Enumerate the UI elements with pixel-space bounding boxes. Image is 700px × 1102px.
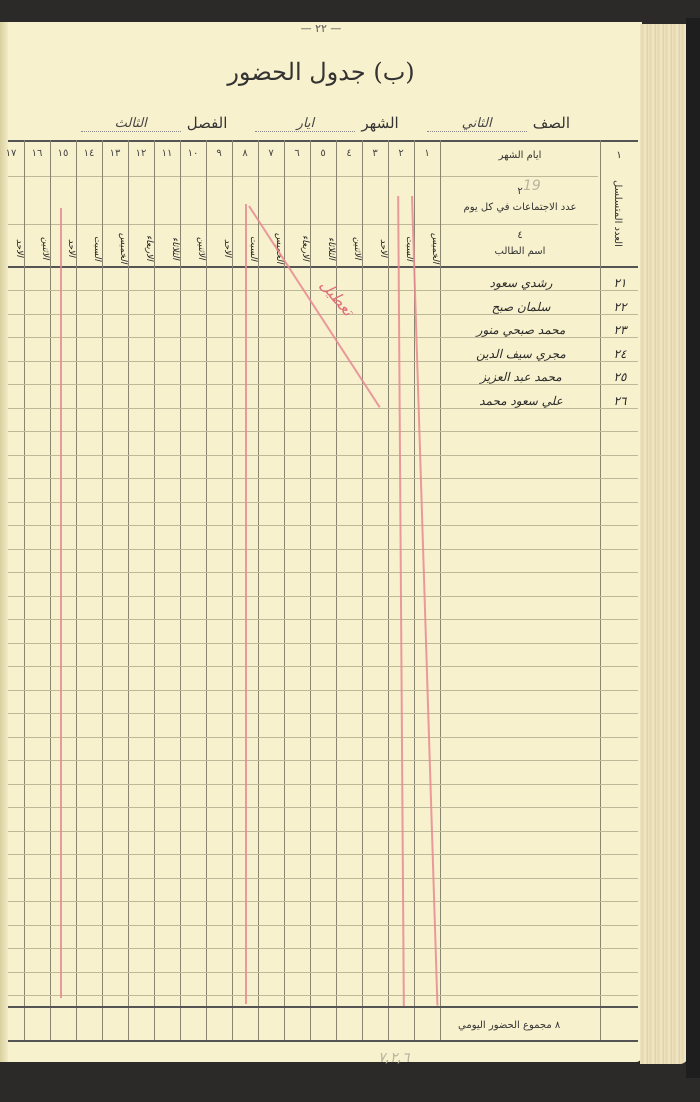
- student-name-header: اسم الطالب: [440, 246, 600, 257]
- day-number: ١٧: [0, 148, 24, 159]
- column-line: [388, 140, 389, 1040]
- row-line: [8, 807, 638, 808]
- row-line: [8, 690, 638, 691]
- student-serial: ٢٦: [602, 394, 638, 408]
- row-line: [8, 619, 638, 620]
- day-name: الاثنين: [180, 228, 206, 268]
- page-gutter: [0, 22, 8, 1062]
- row-line: [8, 596, 638, 597]
- serial-header-num: ١: [600, 150, 638, 161]
- red-mark-line: [397, 196, 405, 1006]
- student-row: ٢٣محمد صبحي منور: [440, 319, 638, 341]
- red-mark-line: [245, 204, 247, 1004]
- term-value: الثالث: [81, 116, 181, 132]
- day-number: ٥: [310, 148, 336, 159]
- row-line: [8, 643, 638, 644]
- row-line: [8, 431, 638, 432]
- day-number: ٢: [388, 148, 414, 159]
- day-number: ١٥: [50, 148, 76, 159]
- day-name: الخميس: [414, 228, 440, 268]
- attendance-table: ايام الشهر ٢ عدد الاجتماعات في كل يوم 19…: [8, 140, 638, 1060]
- class-label: الصف: [533, 114, 570, 132]
- header-rule-1: [8, 176, 598, 177]
- meetings-header-num: ٢: [440, 186, 600, 197]
- row-line: [8, 995, 638, 996]
- student-serial: ٢٥: [602, 370, 638, 384]
- student-serial: ٢٢: [602, 300, 638, 314]
- daily-total-num: ٨: [555, 1020, 560, 1031]
- day-number: ٩: [206, 148, 232, 159]
- column-line: [180, 140, 181, 1040]
- day-number: ١٤: [76, 148, 102, 159]
- student-serial: ٢٤: [602, 347, 638, 361]
- day-name: الاربعاء: [284, 228, 310, 268]
- meetings-header: عدد الاجتماعات في كل يوم: [440, 202, 600, 213]
- page-title: (ب) جدول الحضور: [0, 58, 642, 86]
- class-meta-row: الصف الثاني الشهر ايار الفصل الثالث: [70, 108, 570, 132]
- pencil-total-note: ٧,٢,٦: [378, 1050, 409, 1066]
- page-number: — ٢٢ —: [0, 22, 642, 35]
- days-header: ايام الشهر: [440, 150, 600, 161]
- day-name: السبت: [76, 228, 102, 268]
- day-name: الثلاثاء: [154, 228, 180, 268]
- column-line: [206, 140, 207, 1040]
- term-label: الفصل: [187, 114, 228, 132]
- daily-total-label: ٨ مجموع الحضور اليومي: [458, 1020, 560, 1031]
- row-line: [8, 549, 638, 550]
- day-number: ٦: [284, 148, 310, 159]
- column-line: [76, 140, 77, 1040]
- student-row: ٢٦علي سعود محمد: [440, 390, 638, 412]
- column-line: [154, 140, 155, 1040]
- day-number: ٨: [232, 148, 258, 159]
- row-line: [8, 878, 638, 879]
- day-name: الاحد: [362, 228, 388, 268]
- meetings-pencil-note: 19: [523, 178, 541, 194]
- day-number: ١١: [154, 148, 180, 159]
- day-name: الثلاثاء: [310, 228, 336, 268]
- day-number: ١٣: [102, 148, 128, 159]
- row-line: [8, 854, 638, 855]
- term-field: الفصل الثالث: [81, 108, 228, 132]
- student-row: ٢٥محمد عبد العزيز: [440, 366, 638, 388]
- row-line: [8, 831, 638, 832]
- day-name: الاحد: [206, 228, 232, 268]
- class-field: الصف الثاني: [427, 108, 570, 132]
- day-name: الخميس: [258, 228, 284, 268]
- totals-top-rule: [8, 1006, 638, 1008]
- book-cover-edge: [686, 18, 700, 1078]
- month-label: الشهر: [361, 114, 398, 132]
- month-field: الشهر ايار: [255, 108, 398, 132]
- day-number: ١٢: [128, 148, 154, 159]
- day-number: ١٦: [24, 148, 50, 159]
- column-line: [232, 140, 233, 1040]
- day-name: الاثنين: [336, 228, 362, 268]
- class-value: الثاني: [427, 116, 527, 132]
- row-line: [8, 502, 638, 503]
- column-line: [310, 140, 311, 1040]
- day-name: الاثنين: [24, 228, 50, 268]
- row-line: [8, 525, 638, 526]
- daily-total-text: مجموع الحضور اليومي: [458, 1020, 552, 1031]
- student-name: علي سعود محمد: [440, 394, 602, 408]
- day-name: الاحد: [50, 228, 76, 268]
- row-line: [8, 901, 638, 902]
- row-line: [8, 478, 638, 479]
- column-line: [336, 140, 337, 1040]
- student-name-header-num: ٤: [440, 230, 600, 241]
- day-number: ١٠: [180, 148, 206, 159]
- row-line: [8, 925, 638, 926]
- column-line: [102, 140, 103, 1040]
- student-row: ٢٢سلمان صبح: [440, 296, 638, 318]
- row-line: [8, 572, 638, 573]
- column-line: [24, 140, 25, 1040]
- student-name: محمد صبحي منور: [440, 323, 602, 337]
- student-row: ٢١رشدي سعود: [440, 272, 638, 294]
- day-number: ١: [414, 148, 440, 159]
- column-line: [258, 140, 259, 1040]
- red-mark-line: [411, 196, 438, 1006]
- student-name: محمد عبد العزيز: [440, 370, 602, 384]
- red-mark-line: [60, 208, 62, 998]
- column-line: [284, 140, 285, 1040]
- student-name: سلمان صبح: [440, 300, 602, 314]
- row-line: [8, 455, 638, 456]
- student-serial: ٢٣: [602, 323, 638, 337]
- column-line: [50, 140, 51, 1040]
- row-line: [8, 784, 638, 785]
- day-name: السبت: [388, 228, 414, 268]
- row-line: [8, 972, 638, 973]
- row-line: [8, 948, 638, 949]
- day-name: الاربعاء: [128, 228, 154, 268]
- day-number: ٤: [336, 148, 362, 159]
- student-row: ٢٤مجري سيف الدين: [440, 343, 638, 365]
- student-serial: ٢١: [602, 276, 638, 290]
- row-line: [8, 666, 638, 667]
- row-line: [8, 737, 638, 738]
- row-line: [8, 713, 638, 714]
- student-name: رشدي سعود: [440, 276, 602, 290]
- month-value: ايار: [255, 116, 355, 132]
- column-line: [128, 140, 129, 1040]
- day-name: الخميس: [102, 228, 128, 268]
- serial-header-label: العدد المتسلسل: [612, 180, 623, 260]
- row-line: [8, 760, 638, 761]
- header-rule-2: [8, 224, 598, 225]
- column-line: [362, 140, 363, 1040]
- totals-bottom-rule: [8, 1040, 638, 1042]
- day-name: الاحد: [0, 228, 24, 268]
- student-name: مجري سيف الدين: [440, 347, 602, 361]
- day-number: ٧: [258, 148, 284, 159]
- day-number: ٣: [362, 148, 388, 159]
- page-edges: [640, 24, 688, 1064]
